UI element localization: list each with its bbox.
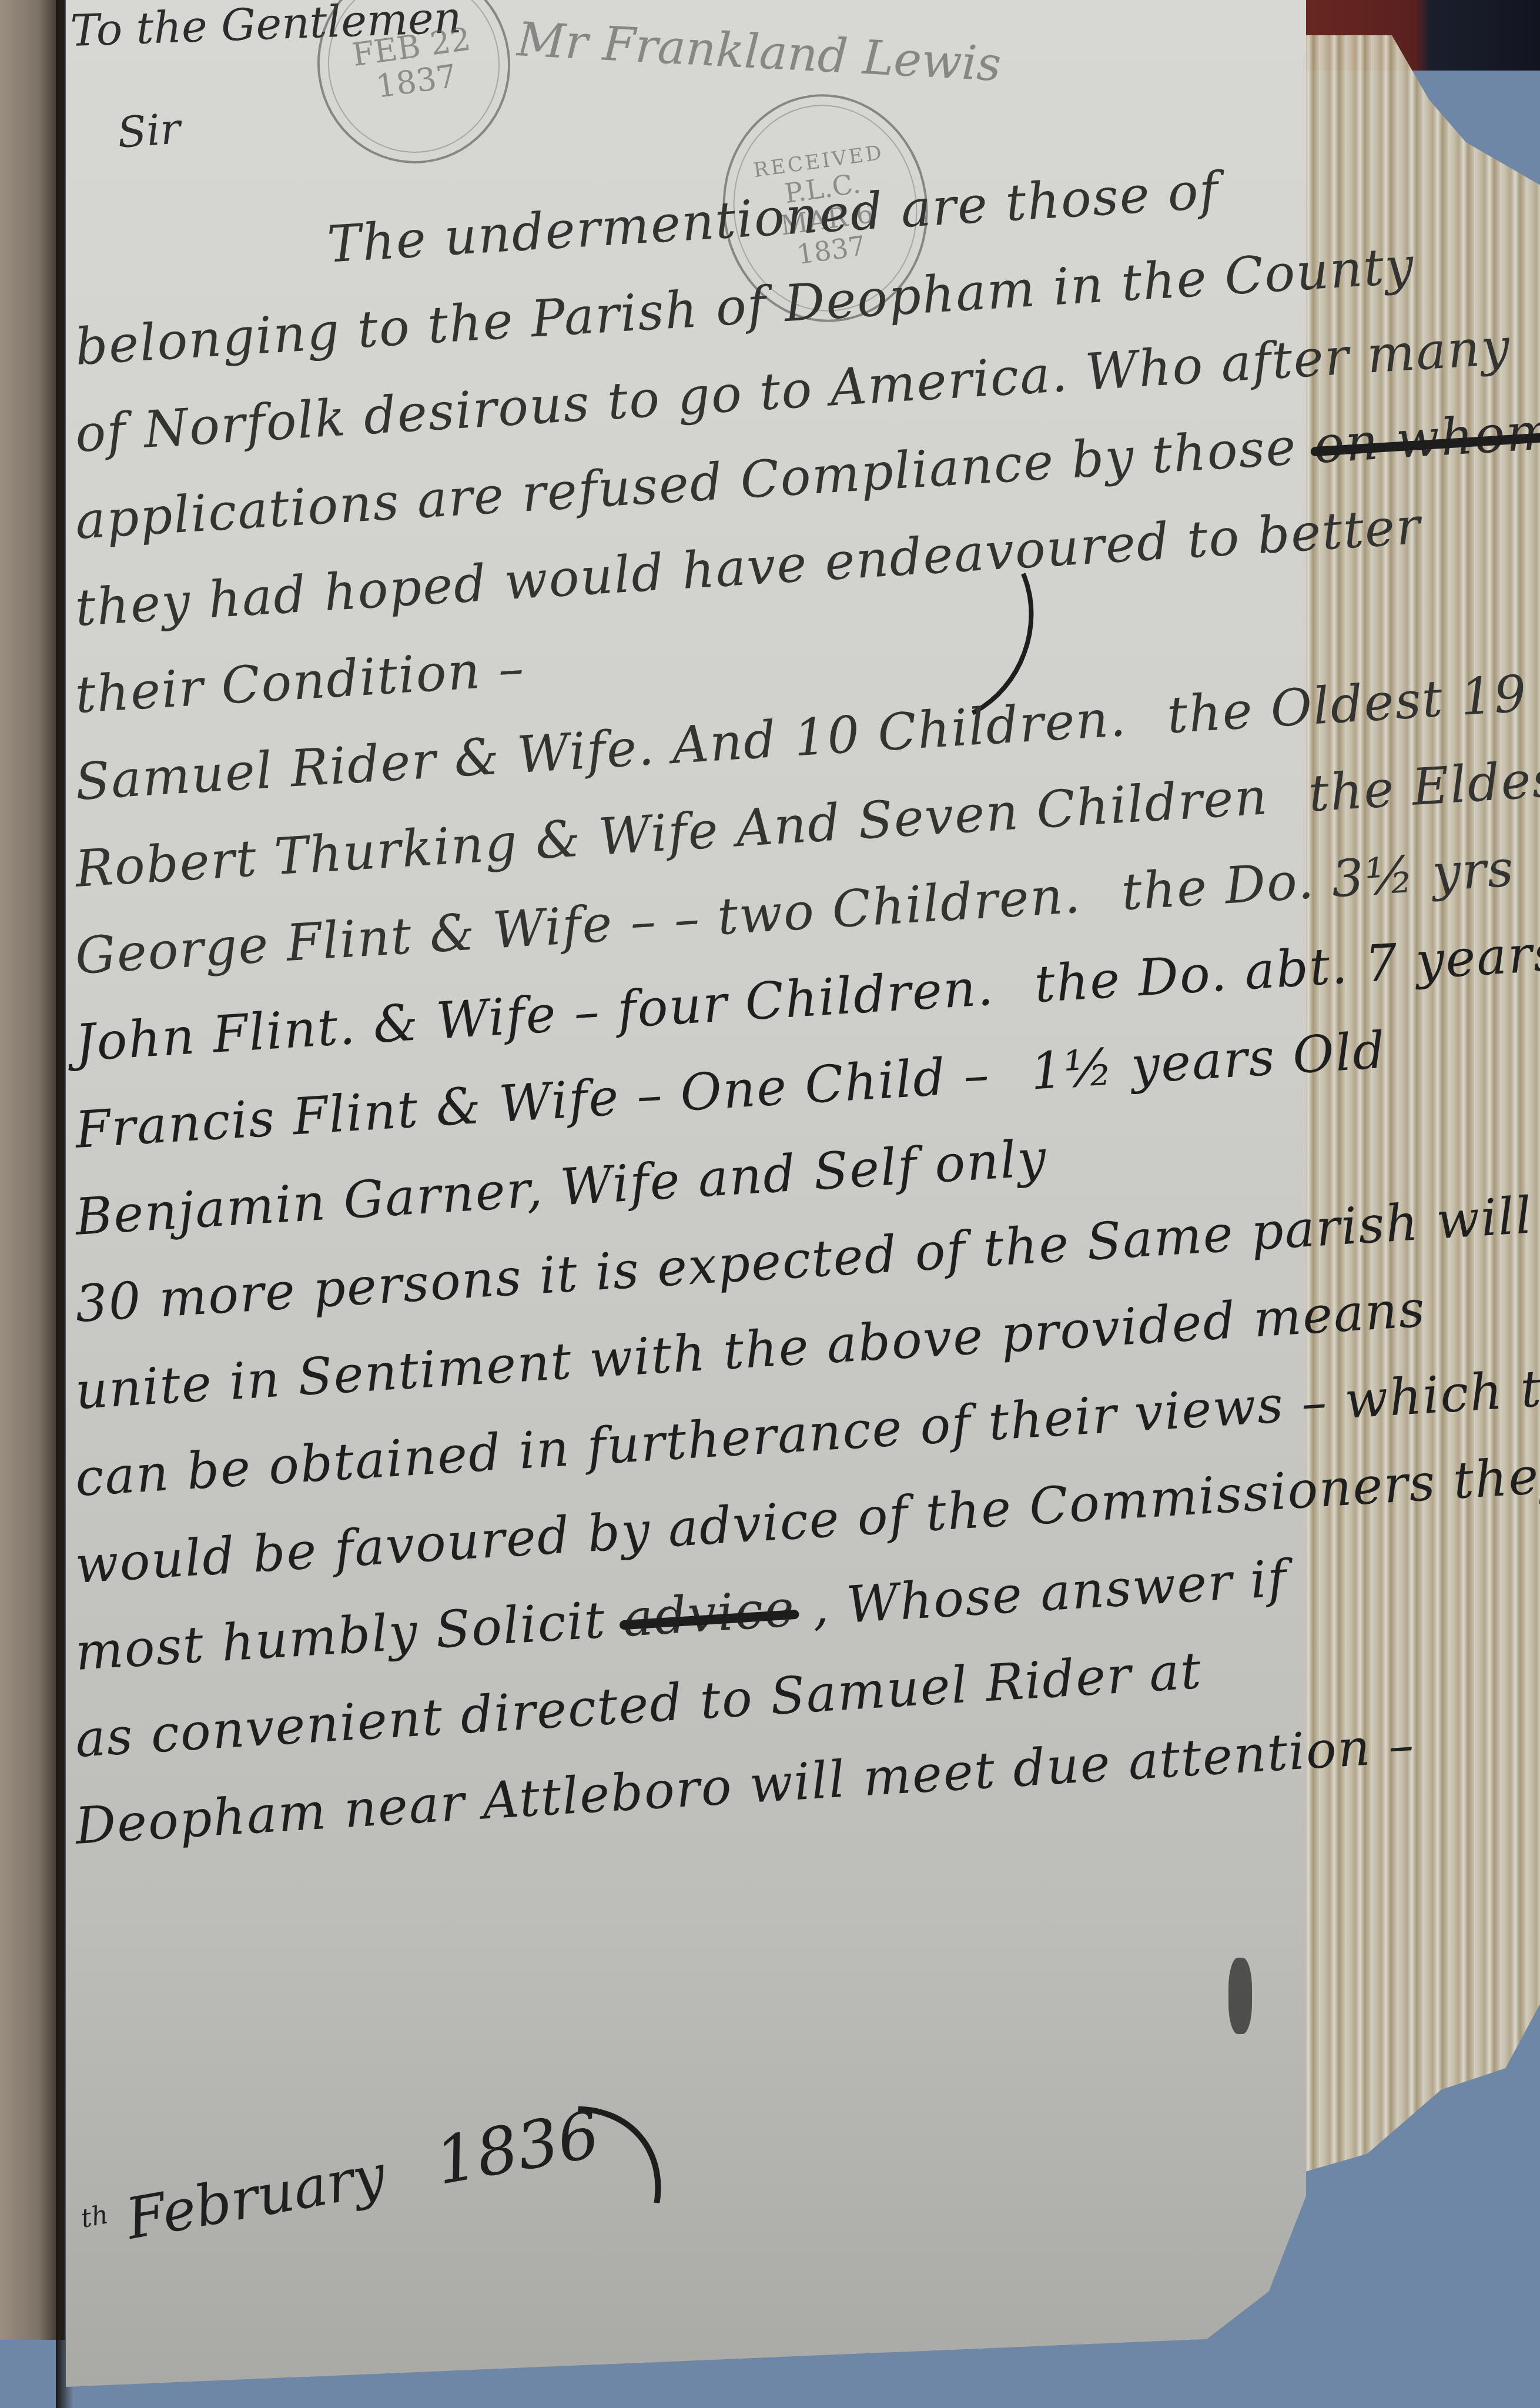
letter-body: The undermentioned are those of belongin… — [76, 235, 1287, 1888]
salutation-sir: Sir — [116, 103, 182, 157]
binding-gutter — [0, 0, 65, 2340]
struck-word: advice — [621, 1583, 796, 1644]
struck-word: on whom — [1313, 406, 1540, 471]
date-ordinal: th — [79, 2200, 111, 2234]
ink-blot — [1228, 1958, 1252, 2034]
